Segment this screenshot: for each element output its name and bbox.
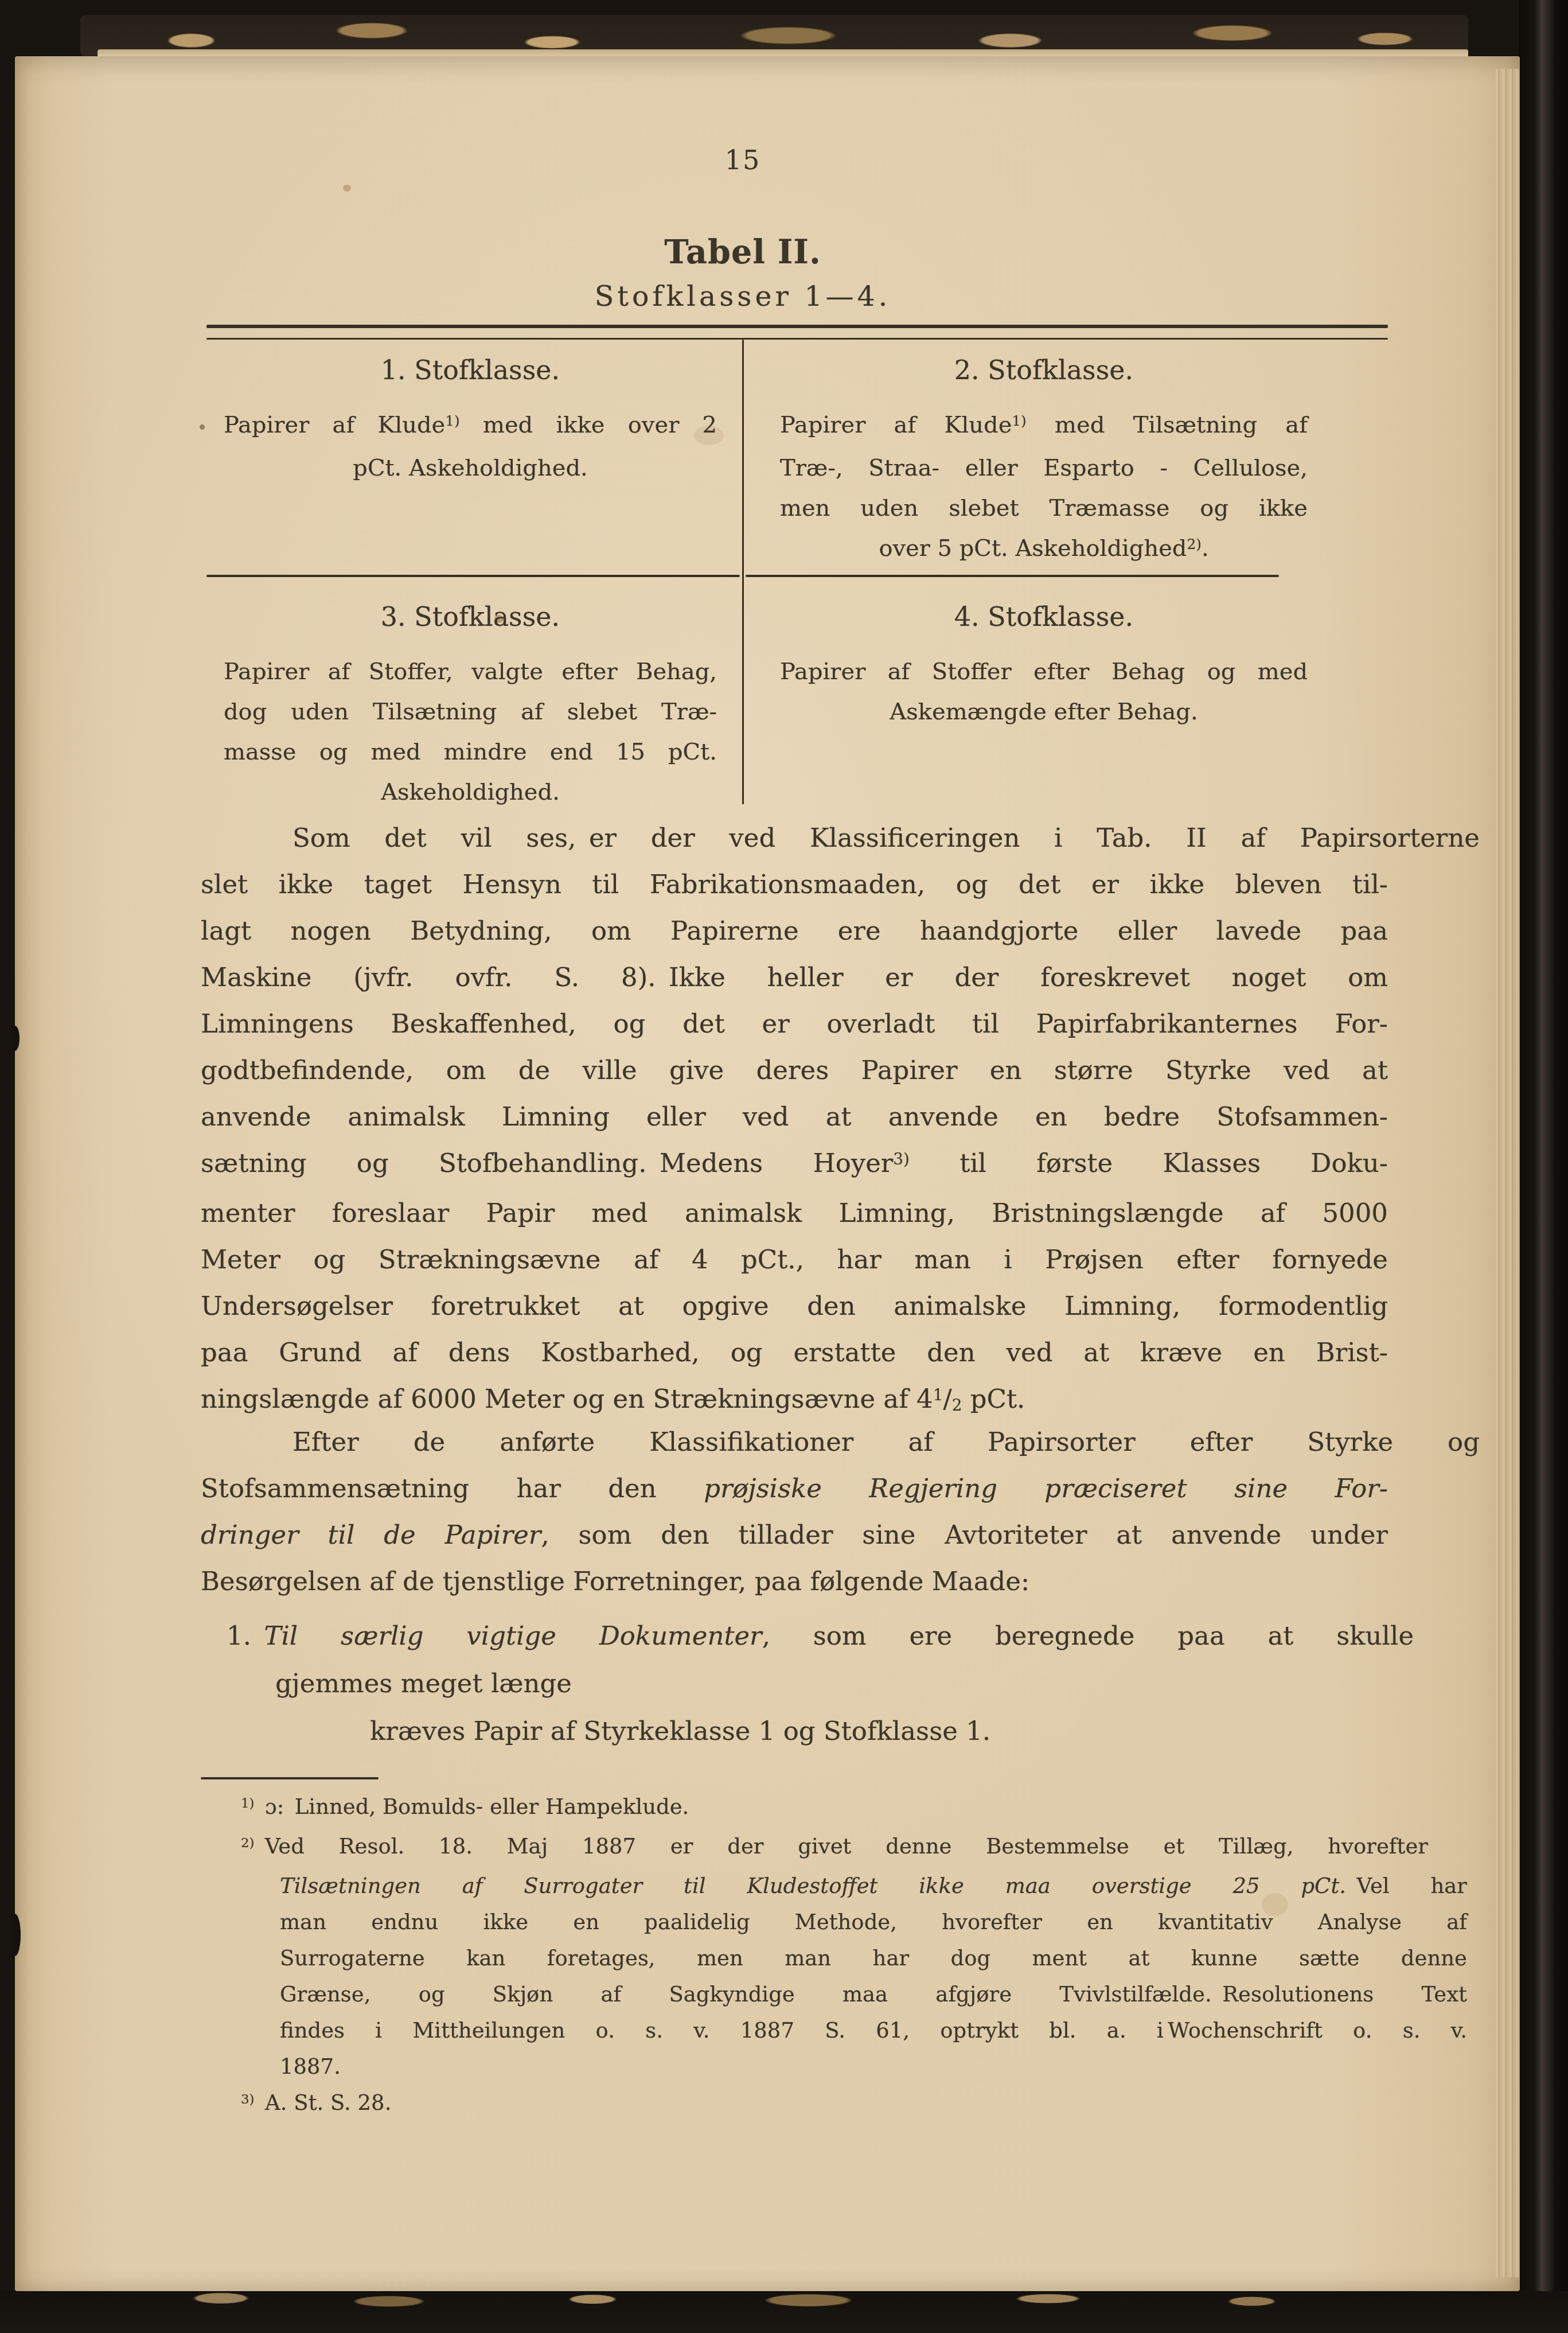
cell-3-header: 3. Stofklasse. xyxy=(224,601,717,632)
cell-4-body: Papirer af Stoffer efter Behag og medAsk… xyxy=(780,652,1308,732)
cell-2-header: 2. Stofklasse. xyxy=(774,355,1313,385)
page-stack-edge-right xyxy=(1496,69,1519,2277)
cell-2-body: Papirer af Klude1) med Tilsætning afTræ-… xyxy=(780,405,1308,571)
paper-stain xyxy=(343,185,351,192)
cell-4-header: 4. Stofklasse. xyxy=(774,601,1313,632)
paper-speck xyxy=(200,424,205,430)
cell-1-body: Papirer af Klude1) med ikke over 2pCt. A… xyxy=(224,405,717,488)
page-edge-nick xyxy=(10,1026,19,1051)
table-top-rule-thin xyxy=(206,338,1388,340)
page-number: 15 xyxy=(206,145,1279,176)
footnotes: 1) ɔ: Linned, Bomulds- eller Hampeklude.… xyxy=(201,1789,1388,2124)
worn-binding-edge-bottom xyxy=(149,2290,1348,2311)
table-subtitle: Stofklasser 1—4. xyxy=(206,280,1279,313)
table-title: Tabel II. xyxy=(206,233,1279,271)
footnote-separator xyxy=(201,1777,379,1779)
table-top-rule-thick xyxy=(206,325,1388,328)
table-column-divider xyxy=(742,340,744,804)
scanned-book-page: 15 Tabel II. Stofklasser 1—4. 1. Stofkla… xyxy=(0,0,1568,2333)
paragraph-1: Som det vil ses, er der ved Klassificeri… xyxy=(201,815,1388,1425)
cell-1-header: 1. Stofklasse. xyxy=(224,355,717,385)
page-edge-nick xyxy=(9,1914,21,1956)
table-row-divider-left xyxy=(206,575,740,577)
cell-3-body: Papirer af Stoffer, valgte efter Behag,d… xyxy=(224,652,717,812)
list-item-1: 1. Til særlig vigtige Dokumenter, som er… xyxy=(201,1612,1388,1755)
table-row-divider-right xyxy=(746,575,1279,577)
paragraph-2: Efter de anførte Klassifikationer af Pap… xyxy=(201,1419,1388,1604)
book-binding-right xyxy=(1519,0,1568,2333)
